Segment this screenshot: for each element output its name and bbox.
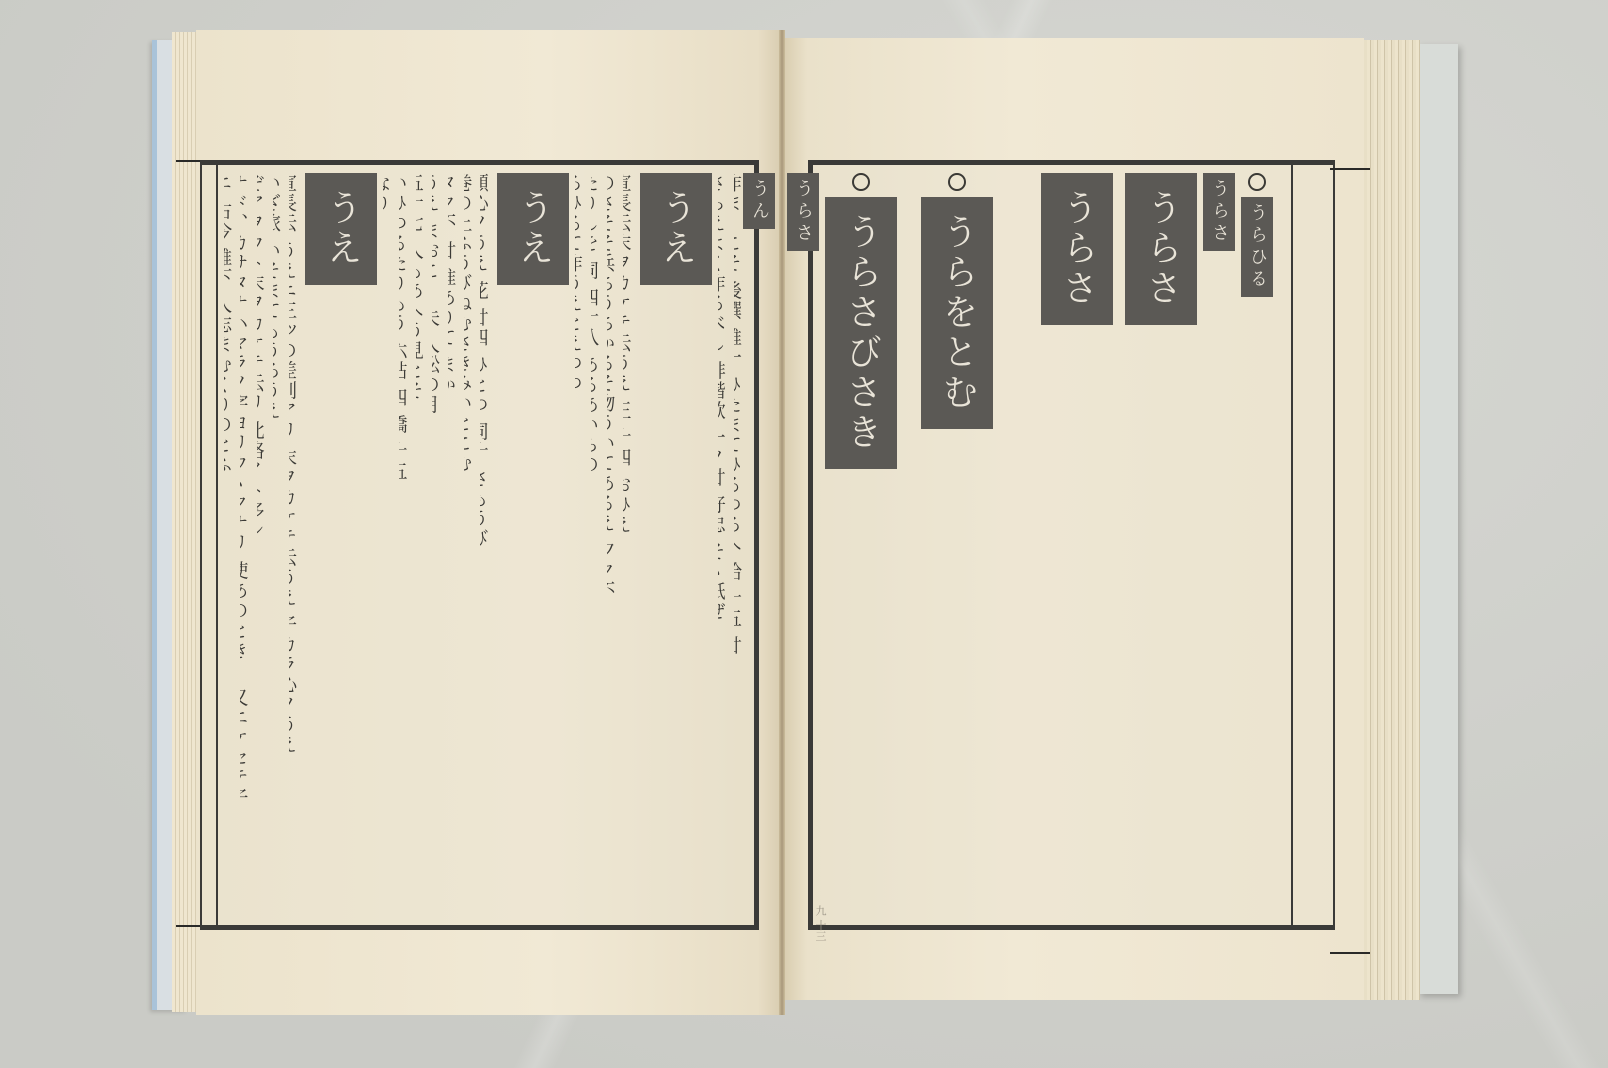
headword-block: うえ [640,173,712,285]
text-column: いひつるたりもう 六帖 四 橋 十五 [399,173,409,917]
left-margin-rule [216,165,218,925]
stack-rule-tick [176,160,200,170]
text-column: 願心ノうえ 花 廿四 ひとつ 同十 さもうび [480,173,490,917]
left-page-frame: 作ま―こそ 後撰 雑一 ひたまてひるつろへ 拾 十五 廿 さらえよく作るべし 俳… [200,160,759,930]
text-column: さらえよく作るべし 俳諧歌 一ノ廿 好忠 そゝ祇ぜ [718,173,728,917]
headword-block: うらをとむ [921,197,993,429]
headword-block: うえ [305,173,377,285]
text-column: 宣長云末ヲカケテ云うえ 王 十四 おひえ [623,173,633,917]
text-column: ろひるて作うえとえつつ [575,173,585,917]
stack-rule-tick [1330,952,1370,962]
text-column: ナド、カサタナハマラノ字ヨリウヽクナリ 使あのとき― 又エケセテ子 [240,173,250,917]
left-page-text: 作ま―こそ 後撰 雑一 ひたまてひるつろへ 拾 十五 廿 さらえよく作るべし 俳… [224,173,744,917]
text-column: 五十七 人もあへう見とそ [416,173,426,917]
page-number: 九 十三 [812,905,828,942]
headword-block: うん [743,173,775,229]
headword-block: うらさ [1125,173,1197,325]
right-page-text: 白ひぬるうぴぬべくもあらざりけれ 同上七 松夕のとこ うらひぬるさらひ― ときち… [823,173,1285,917]
headword-group: うらさびさき [825,173,897,917]
text-column: うえ まおこ― 夫 人松の月 [432,173,442,917]
circle-marker-icon [948,173,966,191]
headword-group: うらをとむ [921,173,993,917]
headword-block: うえ [497,173,569,285]
book-gutter [779,30,785,1015]
circle-marker-icon [1248,173,1266,191]
book-cover-right [1418,44,1458,994]
text-column: いざ旅 いそまてもうろうえ [273,173,283,917]
stack-rule-tick [1330,168,1370,178]
text-column: たりしを 同 四十八 あるあいらの [591,173,601,917]
circle-marker-icon [852,173,870,191]
headword-group: うらひる [1241,173,1273,917]
text-column: のさそそ兵ちうちかるそ物ういてあるえ 夕ク不 [607,173,617,917]
text-column: タク不 廿 唯ありて まか [448,173,458,917]
headword-block: うらさ [1203,173,1235,251]
headword-block: うらさ [1041,173,1113,325]
right-page-frame: 白ひぬるうぴぬべくもあらざりけれ 同上七 松夕のとこ うらひぬるさらひ― ときち… [808,160,1335,930]
headword-block: うらひる [1241,197,1273,297]
text-column: ぞアヲウト末ヲカケテ云リ 此格イト多シ [257,173,267,917]
text-column: 宣長云 うえニ三ッの差別アリ 末ヲカケテ云うえ 子カラ心ノうえ [289,173,299,917]
text-column: 作ま―こそ 後撰 雑一 ひたまてひるつろへ 拾 十五 廿 [734,173,744,917]
headword-block: うらさびさき [825,197,897,469]
text-column: 巻の上ふうびねむさきみいとこむ [464,173,474,917]
page-stack-right [1360,40,1420,1000]
text-column: エ 古今 雑下 人志まむくりのとふ [224,173,234,917]
text-column: なり [383,173,393,917]
headword-block: うらさ [787,173,819,251]
stack-rule-tick [176,925,200,935]
right-margin-rule [1291,165,1293,925]
